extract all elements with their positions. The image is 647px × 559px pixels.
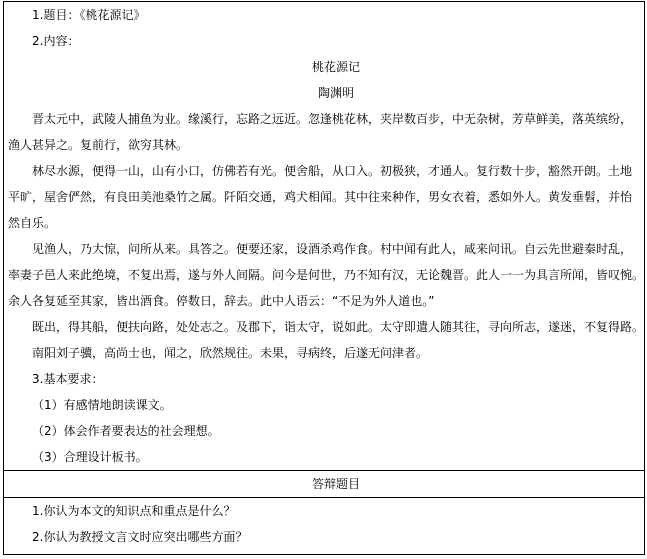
paragraph-line: 然自乐。 [8, 210, 640, 236]
requirement-item: （3）合理设计板书。 [8, 444, 640, 470]
text-title: 桃花源记 [8, 54, 640, 80]
paragraph-4: 既出，得其船，便扶向路，处处志之。及郡下，诣太守，说如此。太守即遣人随其往，寻向… [8, 314, 640, 340]
defense-question: 1.你认为本文的知识点和重点是什么？ [8, 498, 640, 524]
paragraph-line: 余人各复延至其家，皆出酒食。停数日，辞去。此中人语云：“不足为外人道也。” [8, 288, 640, 314]
paragraph-line: 既出，得其船，便扶向路，处处志之。及郡下，诣太守，说如此。太守即遣人随其往，寻向… [8, 314, 640, 340]
exam-sheet-table: 1.题目：《桃花源记》 2.内容： 桃花源记 陶渊明 晋太元中，武陵人捕鱼为业。… [3, 1, 645, 555]
defense-header-cell: 答辩题目 [4, 470, 644, 497]
paragraph-line: 晋太元中，武陵人捕鱼为业。缘溪行，忘路之远近。忽逢桃花林，夹岸数百步，中无杂树，… [8, 106, 640, 132]
topic-line: 1.题目：《桃花源记》 [8, 2, 640, 28]
paragraph-line: 平旷，屋舍俨然，有良田美池桑竹之属。阡陌交通，鸡犬相闻。其中往来种作，男女衣着，… [8, 184, 640, 210]
content-label: 2.内容： [8, 28, 640, 54]
paragraph-line: 南阳刘子骥，高尚士也，闻之，欣然规往。未果，寻病终，后遂无问津者。 [8, 340, 640, 366]
paragraph-2: 林尽水源，便得一山，山有小口，仿佛若有光。便舍船，从口入。初极狭，才通人。复行数… [8, 158, 640, 236]
paragraph-line: 见渔人，乃大惊，问所从来。具答之。便要还家，设酒杀鸡作食。村中闻有此人，咸来问讯… [8, 236, 640, 262]
defense-question: 2.你认为教授文言文时应突出哪些方面？ [8, 524, 640, 550]
paragraph-1: 晋太元中，武陵人捕鱼为业。缘溪行，忘路之远近。忽逢桃花林，夹岸数百步，中无杂树，… [8, 106, 640, 158]
paragraph-3: 见渔人，乃大惊，问所从来。具答之。便要还家，设酒杀鸡作食。村中闻有此人，咸来问讯… [8, 236, 640, 314]
assignment-cell: 1.题目：《桃花源记》 2.内容： 桃花源记 陶渊明 晋太元中，武陵人捕鱼为业。… [4, 2, 644, 470]
defense-questions-cell: 1.你认为本文的知识点和重点是什么？ 2.你认为教授文言文时应突出哪些方面？ [4, 497, 644, 554]
text-author: 陶渊明 [8, 80, 640, 106]
requirement-item: （2）体会作者要表达的社会理想。 [8, 418, 640, 444]
requirements-label: 3.基本要求： [8, 366, 640, 392]
paragraph-line: 率妻子邑人来此绝境，不复出焉，遂与外人间隔。问今是何世，乃不知有汉，无论魏晋。此… [8, 262, 640, 288]
defense-header: 答辩题目 [8, 471, 640, 497]
paragraph-line: 渔人甚异之。复前行，欲穷其林。 [8, 132, 640, 158]
paragraph-line: 林尽水源，便得一山，山有小口，仿佛若有光。便舍船，从口入。初极狭，才通人。复行数… [8, 158, 640, 184]
requirement-item: （1）有感情地朗读课文。 [8, 392, 640, 418]
paragraph-5: 南阳刘子骥，高尚士也，闻之，欣然规往。未果，寻病终，后遂无问津者。 [8, 340, 640, 366]
